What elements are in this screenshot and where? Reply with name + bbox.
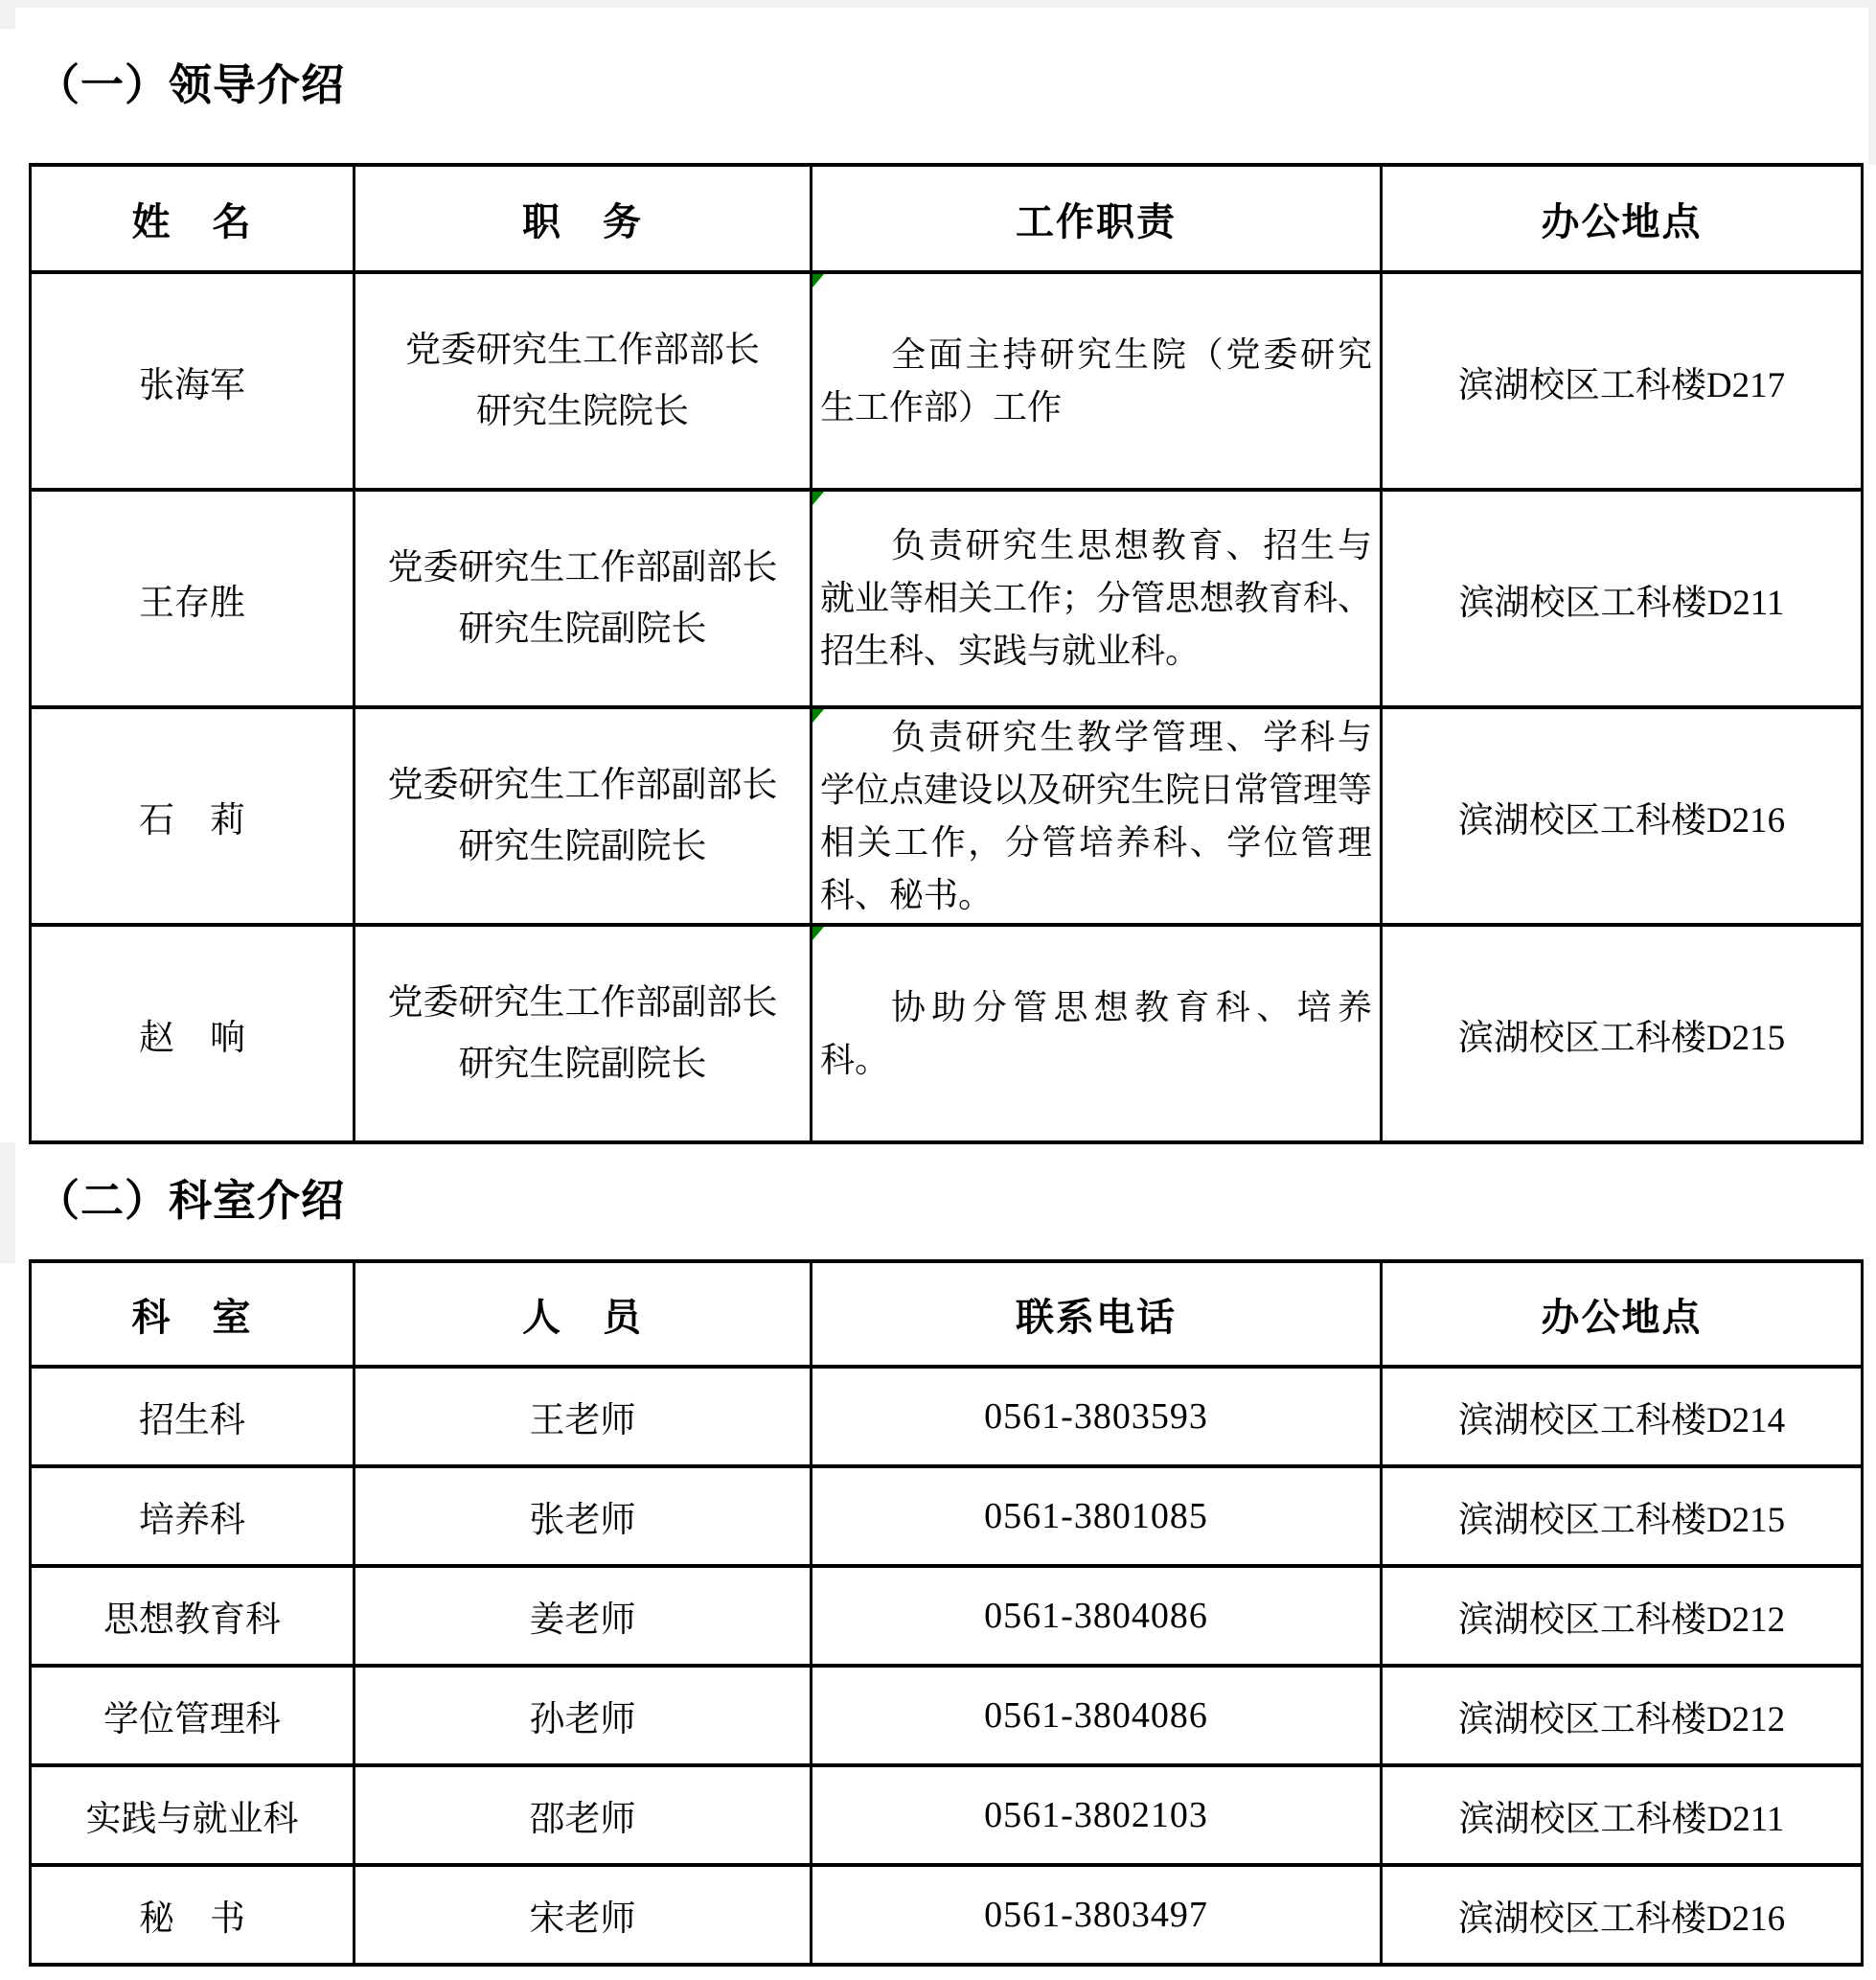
office-header-office: 办公地点 bbox=[1382, 1261, 1863, 1367]
leader-duty-text: 全面主持研究生院（党委研究生工作部）工作 bbox=[820, 329, 1372, 434]
office-staff-cell: 王老师 bbox=[355, 1367, 812, 1466]
office-row: 招生科王老师0561-3803593滨湖校区工科楼D214 bbox=[31, 1367, 1863, 1466]
page-edge-left-corner bbox=[0, 0, 15, 29]
office-phone-cell: 0561-3801085 bbox=[812, 1466, 1382, 1566]
office-location-cell: 滨湖校区工科楼D211 bbox=[1382, 1765, 1863, 1865]
office-row: 实践与就业科邵老师0561-3802103滨湖校区工科楼D211 bbox=[31, 1765, 1863, 1865]
note-marker-icon bbox=[812, 492, 824, 505]
leader-header-position: 职 务 bbox=[355, 165, 812, 272]
leader-office-cell: 滨湖校区工科楼D216 bbox=[1382, 707, 1863, 925]
note-marker-icon bbox=[812, 927, 824, 940]
office-header-dept: 科 室 bbox=[31, 1261, 355, 1367]
leader-office-cell: 滨湖校区工科楼D215 bbox=[1382, 925, 1863, 1142]
leader-row: 王存胜党委研究生工作部副部长 研究生院副院长负责研究生思想教育、招生与就业等相关… bbox=[31, 490, 1863, 707]
office-staff-cell: 孙老师 bbox=[355, 1666, 812, 1765]
office-header-phone: 联系电话 bbox=[812, 1261, 1382, 1367]
leader-position-cell: 党委研究生工作部副部长 研究生院副院长 bbox=[355, 490, 812, 707]
office-row: 培养科张老师0561-3801085滨湖校区工科楼D215 bbox=[31, 1466, 1863, 1566]
leader-row: 赵 响党委研究生工作部副部长 研究生院副院长协助分管思想教育科、培养科。滨湖校区… bbox=[31, 925, 1863, 1142]
office-location-cell: 滨湖校区工科楼D212 bbox=[1382, 1566, 1863, 1666]
leader-name-cell: 石 莉 bbox=[31, 707, 355, 925]
office-dept-cell: 秘 书 bbox=[31, 1865, 355, 1965]
leader-table: 姓 名 职 务 工作职责 办公地点 张海军党委研究生工作部部长 研究生院院长全面… bbox=[29, 163, 1864, 1144]
office-location-cell: 滨湖校区工科楼D215 bbox=[1382, 1466, 1863, 1566]
leader-header-duty: 工作职责 bbox=[812, 165, 1382, 272]
office-staff-cell: 张老师 bbox=[355, 1466, 812, 1566]
leader-duty-text: 负责研究生思想教育、招生与就业等相关工作；分管思想教育科、招生科、实践与就业科。 bbox=[820, 519, 1372, 678]
office-staff-cell: 姜老师 bbox=[355, 1566, 812, 1666]
page-edge-top bbox=[0, 0, 1876, 8]
office-phone-cell: 0561-3803593 bbox=[812, 1367, 1382, 1466]
office-row: 学位管理科孙老师0561-3804086滨湖校区工科楼D212 bbox=[31, 1666, 1863, 1765]
office-location-cell: 滨湖校区工科楼D212 bbox=[1382, 1666, 1863, 1765]
leader-table-body: 张海军党委研究生工作部部长 研究生院院长全面主持研究生院（党委研究生工作部）工作… bbox=[31, 272, 1863, 1142]
leader-header-office: 办公地点 bbox=[1382, 165, 1863, 272]
leader-name-cell: 赵 响 bbox=[31, 925, 355, 1142]
office-dept-cell: 培养科 bbox=[31, 1466, 355, 1566]
office-row: 秘 书宋老师0561-3803497滨湖校区工科楼D216 bbox=[31, 1865, 1863, 1965]
office-staff-cell: 邵老师 bbox=[355, 1765, 812, 1865]
page-edge-left-middle bbox=[0, 1142, 15, 1263]
office-row: 思想教育科姜老师0561-3804086滨湖校区工科楼D212 bbox=[31, 1566, 1863, 1666]
leader-header-name: 姓 名 bbox=[31, 165, 355, 272]
leader-office-cell: 滨湖校区工科楼D211 bbox=[1382, 490, 1863, 707]
office-header-staff: 人 员 bbox=[355, 1261, 812, 1367]
office-phone-cell: 0561-3804086 bbox=[812, 1666, 1382, 1765]
office-location-cell: 滨湖校区工科楼D216 bbox=[1382, 1865, 1863, 1965]
leader-name-cell: 王存胜 bbox=[31, 490, 355, 707]
leader-name-cell: 张海军 bbox=[31, 272, 355, 490]
office-table: 科 室 人 员 联系电话 办公地点 招生科王老师0561-3803593滨湖校区… bbox=[29, 1259, 1864, 1967]
section-title-leaders: （一）领导介绍 bbox=[36, 50, 345, 112]
office-table-header-row: 科 室 人 员 联系电话 办公地点 bbox=[31, 1261, 1863, 1367]
leader-row: 石 莉党委研究生工作部副部长 研究生院副院长负责研究生教学管理、学科与学位点建设… bbox=[31, 707, 1863, 925]
office-dept-cell: 思想教育科 bbox=[31, 1566, 355, 1666]
office-dept-cell: 实践与就业科 bbox=[31, 1765, 355, 1865]
document-page: （一）领导介绍 姓 名 职 务 工作职责 办公地点 张海军党委研究生工作部部长 … bbox=[0, 0, 1876, 1980]
leader-duty-cell: 负责研究生思想教育、招生与就业等相关工作；分管思想教育科、招生科、实践与就业科。 bbox=[812, 490, 1382, 707]
note-marker-icon bbox=[812, 709, 824, 723]
leader-duty-cell: 协助分管思想教育科、培养科。 bbox=[812, 925, 1382, 1142]
leader-table-header-row: 姓 名 职 务 工作职责 办公地点 bbox=[31, 165, 1863, 272]
office-phone-cell: 0561-3802103 bbox=[812, 1765, 1382, 1865]
leader-position-cell: 党委研究生工作部部长 研究生院院长 bbox=[355, 272, 812, 490]
page-edge-right bbox=[1868, 0, 1876, 165]
leader-duty-cell: 负责研究生教学管理、学科与学位点建设以及研究生院日常管理等相关工作，分管培养科、… bbox=[812, 707, 1382, 925]
office-dept-cell: 学位管理科 bbox=[31, 1666, 355, 1765]
office-location-cell: 滨湖校区工科楼D214 bbox=[1382, 1367, 1863, 1466]
office-staff-cell: 宋老师 bbox=[355, 1865, 812, 1965]
office-phone-cell: 0561-3804086 bbox=[812, 1566, 1382, 1666]
leader-position-cell: 党委研究生工作部副部长 研究生院副院长 bbox=[355, 925, 812, 1142]
leader-duty-cell: 全面主持研究生院（党委研究生工作部）工作 bbox=[812, 272, 1382, 490]
office-phone-cell: 0561-3803497 bbox=[812, 1865, 1382, 1965]
office-dept-cell: 招生科 bbox=[31, 1367, 355, 1466]
leader-office-cell: 滨湖校区工科楼D217 bbox=[1382, 272, 1863, 490]
leader-duty-text: 协助分管思想教育科、培养科。 bbox=[820, 981, 1372, 1087]
leader-row: 张海军党委研究生工作部部长 研究生院院长全面主持研究生院（党委研究生工作部）工作… bbox=[31, 272, 1863, 490]
leader-duty-text: 负责研究生教学管理、学科与学位点建设以及研究生院日常管理等相关工作，分管培养科、… bbox=[820, 711, 1372, 922]
leader-position-cell: 党委研究生工作部副部长 研究生院副院长 bbox=[355, 707, 812, 925]
office-table-body: 招生科王老师0561-3803593滨湖校区工科楼D214培养科张老师0561-… bbox=[31, 1367, 1863, 1965]
section-title-offices: （二）科室介绍 bbox=[36, 1165, 345, 1228]
note-marker-icon bbox=[812, 274, 824, 288]
